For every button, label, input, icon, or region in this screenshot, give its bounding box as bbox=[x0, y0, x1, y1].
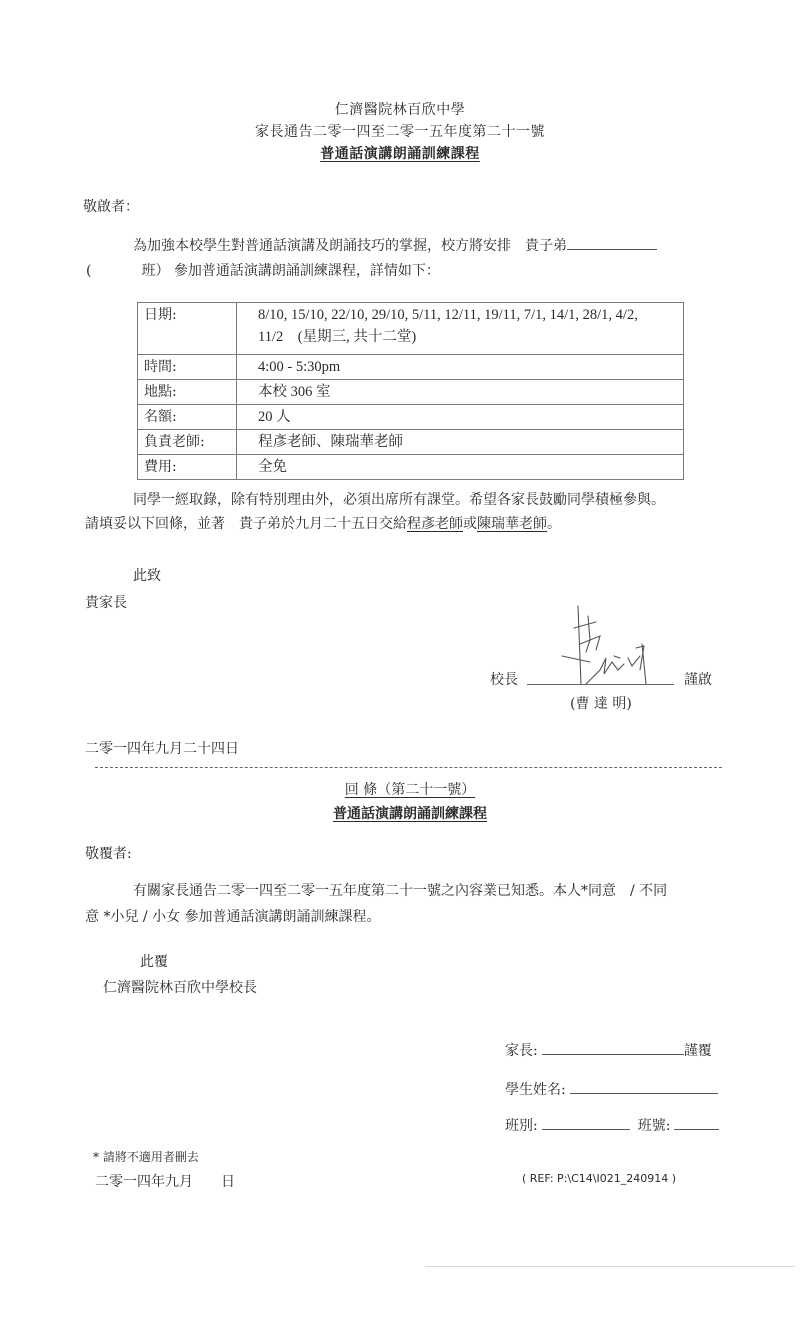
student-name-blank[interactable] bbox=[570, 1079, 718, 1094]
date-value-line2: 11/2 (星期三, 共十二堂) bbox=[258, 326, 677, 348]
student-name-label: 學生姓名: bbox=[505, 1082, 566, 1098]
footnote: * 請將不適用者刪去 bbox=[93, 1148, 199, 1165]
reply-date: 二零一四年九月 日 bbox=[95, 1171, 235, 1191]
table-row-time: 時間: 4:00 - 5:30pm bbox=[138, 355, 684, 380]
child-name-blank bbox=[567, 235, 657, 250]
class-open-paren: ( bbox=[86, 263, 91, 279]
fee-label: 費用: bbox=[138, 455, 237, 480]
teacher-2-name: 陳瑞華老師 bbox=[477, 516, 547, 532]
date-value: 8/10, 15/10, 22/10, 29/10, 5/11, 12/11, … bbox=[237, 303, 684, 355]
parent-label: 家長: bbox=[505, 1043, 538, 1059]
closing-1: 此致 bbox=[133, 565, 161, 585]
time-label: 時間: bbox=[138, 355, 237, 380]
class-blank[interactable] bbox=[542, 1115, 630, 1130]
course-details-table: 日期: 8/10, 15/10, 22/10, 29/10, 5/11, 12/… bbox=[137, 302, 684, 480]
closing-2: 貴家長 bbox=[85, 592, 127, 612]
fee-value: 全免 bbox=[237, 455, 684, 480]
quota-value: 20 人 bbox=[237, 405, 684, 430]
teachers-label: 負責老師: bbox=[138, 430, 237, 455]
table-row-teachers: 負責老師: 程彥老師、陳瑞華老師 bbox=[138, 430, 684, 455]
salutation: 敬啟者： bbox=[83, 196, 139, 216]
reply-body-line-1: 有關家長通告二零一四至二零一五年度第二十一號之內容業已知悉。本人*同意 / 不同 bbox=[133, 880, 667, 900]
reply-salutation: 敬覆者: bbox=[85, 843, 132, 863]
parent-suffix: 謹覆 bbox=[684, 1043, 712, 1059]
notice-number: 家長通告二零一四至二零一五年度第二十一號 bbox=[0, 121, 800, 141]
intro-text: 為加強本校學生對普通話演講及朗誦技巧的掌握，校方將安排 貴子弟 bbox=[133, 238, 567, 254]
reply-closing-2: 仁濟醫院林百欣中學校長 bbox=[103, 977, 257, 997]
class-text: 班） 參加普通話演講朗誦訓練課程，詳情如下： bbox=[141, 263, 439, 279]
signature-line bbox=[527, 684, 674, 685]
intro-line-2: (班） 參加普通話演講朗誦訓練課程，詳情如下： bbox=[86, 260, 440, 280]
parent-signature-blank[interactable] bbox=[542, 1040, 684, 1055]
date-value-line1: 8/10, 15/10, 22/10, 29/10, 5/11, 12/11, … bbox=[258, 304, 677, 326]
letter-date: 二零一四年九月二十四日 bbox=[85, 738, 239, 758]
class-label: 班別: bbox=[505, 1118, 538, 1134]
reply-slip-title: 回 條（第二十一號） bbox=[10, 779, 800, 799]
or-text: 或 bbox=[463, 516, 477, 532]
class-field[interactable]: 班別:班號: bbox=[505, 1115, 719, 1135]
scan-artifact-line bbox=[425, 1266, 795, 1267]
table-row-quota: 名額: 20 人 bbox=[138, 405, 684, 430]
principal-signature-icon bbox=[560, 600, 680, 684]
parent-signature-field[interactable]: 家長:謹覆 bbox=[505, 1040, 712, 1060]
location-label: 地點: bbox=[138, 380, 237, 405]
reply-slip-subtitle: 普通話演講朗誦訓練課程 bbox=[10, 803, 800, 823]
tear-off-separator bbox=[95, 767, 722, 768]
quota-label: 名額: bbox=[138, 405, 237, 430]
table-row-date: 日期: 8/10, 15/10, 22/10, 29/10, 5/11, 12/… bbox=[138, 303, 684, 355]
principal-label: 校長 bbox=[490, 669, 518, 689]
table-row-fee: 費用: 全免 bbox=[138, 455, 684, 480]
time-value: 4:00 - 5:30pm bbox=[237, 355, 684, 380]
reference-code: ( REF: P:\C14\I021_240914 ) bbox=[522, 1172, 676, 1185]
intro-line-1: 為加強本校學生對普通話演講及朗誦技巧的掌握，校方將安排 貴子弟 bbox=[133, 235, 657, 255]
period: 。 bbox=[547, 516, 561, 532]
body-line-1: 同學一經取錄，除有特別理由外，必須出席所有課堂。希望各家長鼓勵同學積極參與。 bbox=[133, 489, 665, 509]
principal-name: (曹 達 明) bbox=[570, 693, 632, 713]
student-name-field[interactable]: 學生姓名: bbox=[505, 1079, 718, 1099]
body-line-2-text: 請填妥以下回條，並著 貴子弟於九月二十五日交給 bbox=[85, 516, 407, 532]
location-value: 本校 306 室 bbox=[237, 380, 684, 405]
teacher-1-name: 程彥老師 bbox=[407, 516, 463, 532]
class-number-label: 班號: bbox=[638, 1118, 671, 1134]
table-row-location: 地點: 本校 306 室 bbox=[138, 380, 684, 405]
reply-closing-1: 此覆 bbox=[140, 951, 168, 971]
school-name: 仁濟醫院林百欣中學 bbox=[0, 99, 800, 119]
reply-body-line-2: 意 *小兒 / 小女 參加普通話演講朗誦訓練課程。 bbox=[85, 906, 381, 926]
date-label: 日期: bbox=[138, 303, 237, 355]
course-title: 普通話演講朗誦訓練課程 bbox=[0, 143, 800, 163]
principal-suffix: 謹啟 bbox=[684, 669, 712, 689]
teachers-value: 程彥老師、陳瑞華老師 bbox=[237, 430, 684, 455]
class-number-blank[interactable] bbox=[674, 1115, 719, 1130]
body-line-2: 請填妥以下回條，並著 貴子弟於九月二十五日交給程彥老師或陳瑞華老師。 bbox=[85, 513, 561, 533]
